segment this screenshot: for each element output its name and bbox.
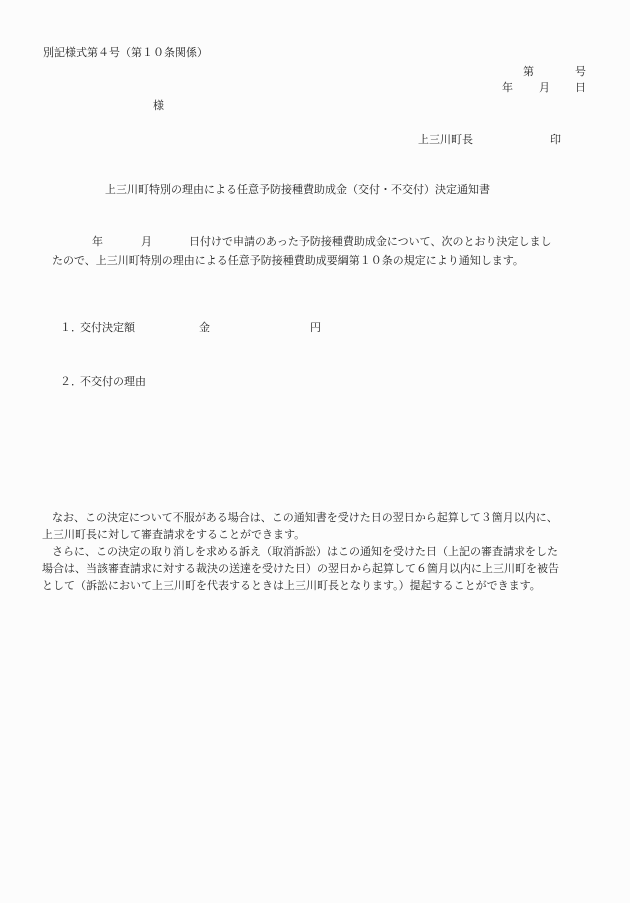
document-number-suffix: 号 [575,66,586,77]
appeal-note-line2: 上三川町長に対して審査請求をすることができます。 [42,529,305,540]
document-number-prefix: 第 [523,66,534,77]
appeal-note-line1: なお、この決定について不服がある場合は、この通知書を受けた日の翌日から起算して３… [52,512,558,523]
date-year-label: 年 [502,82,513,93]
issuer-seal: 印 [550,134,561,145]
intro-month-label: 月 [141,236,152,247]
lawsuit-note-line1: さらに、この決定の取り消しを求める訴え（取消訴訟）はこの通知を受けた日（上記の審… [52,546,558,557]
item-1-label: 交付決定額 [80,322,135,333]
intro-line2: たので、上三川町特別の理由による任意予防接種費助成要綱第１０条の規定により通知し… [52,255,524,266]
issuer-name: 上三川町長 [418,134,473,145]
lawsuit-note-line2: 場合は、当該審査請求に対する裁決の送達を受けた日）の翌日から起算して６箇月以内に… [42,563,559,574]
date-day-label: 日 [575,82,586,93]
form-label: 別記様式第４号（第１０条関係） [43,47,208,58]
item-1-currency-suffix: 円 [310,322,321,333]
item-2-label: 不交付の理由 [80,376,146,387]
lawsuit-note-line3: として（訴訟において上三川町を代表するときは上三川町長となります。）提起すること… [42,580,541,591]
date-month-label: 月 [539,82,550,93]
intro-line1: 日付けで申請のあった予防接種費助成金について、次のとおり決定しまし [189,236,551,247]
item-2-number: ２． [60,376,82,387]
item-1-currency-prefix: 金 [199,322,210,333]
addressee-suffix: 様 [153,100,164,111]
document-title: 上三川町特別の理由による任意予防接種費助成金（交付・不交付）決定通知書 [105,184,490,195]
intro-year-label: 年 [92,236,103,247]
item-1-number: １． [60,322,82,333]
